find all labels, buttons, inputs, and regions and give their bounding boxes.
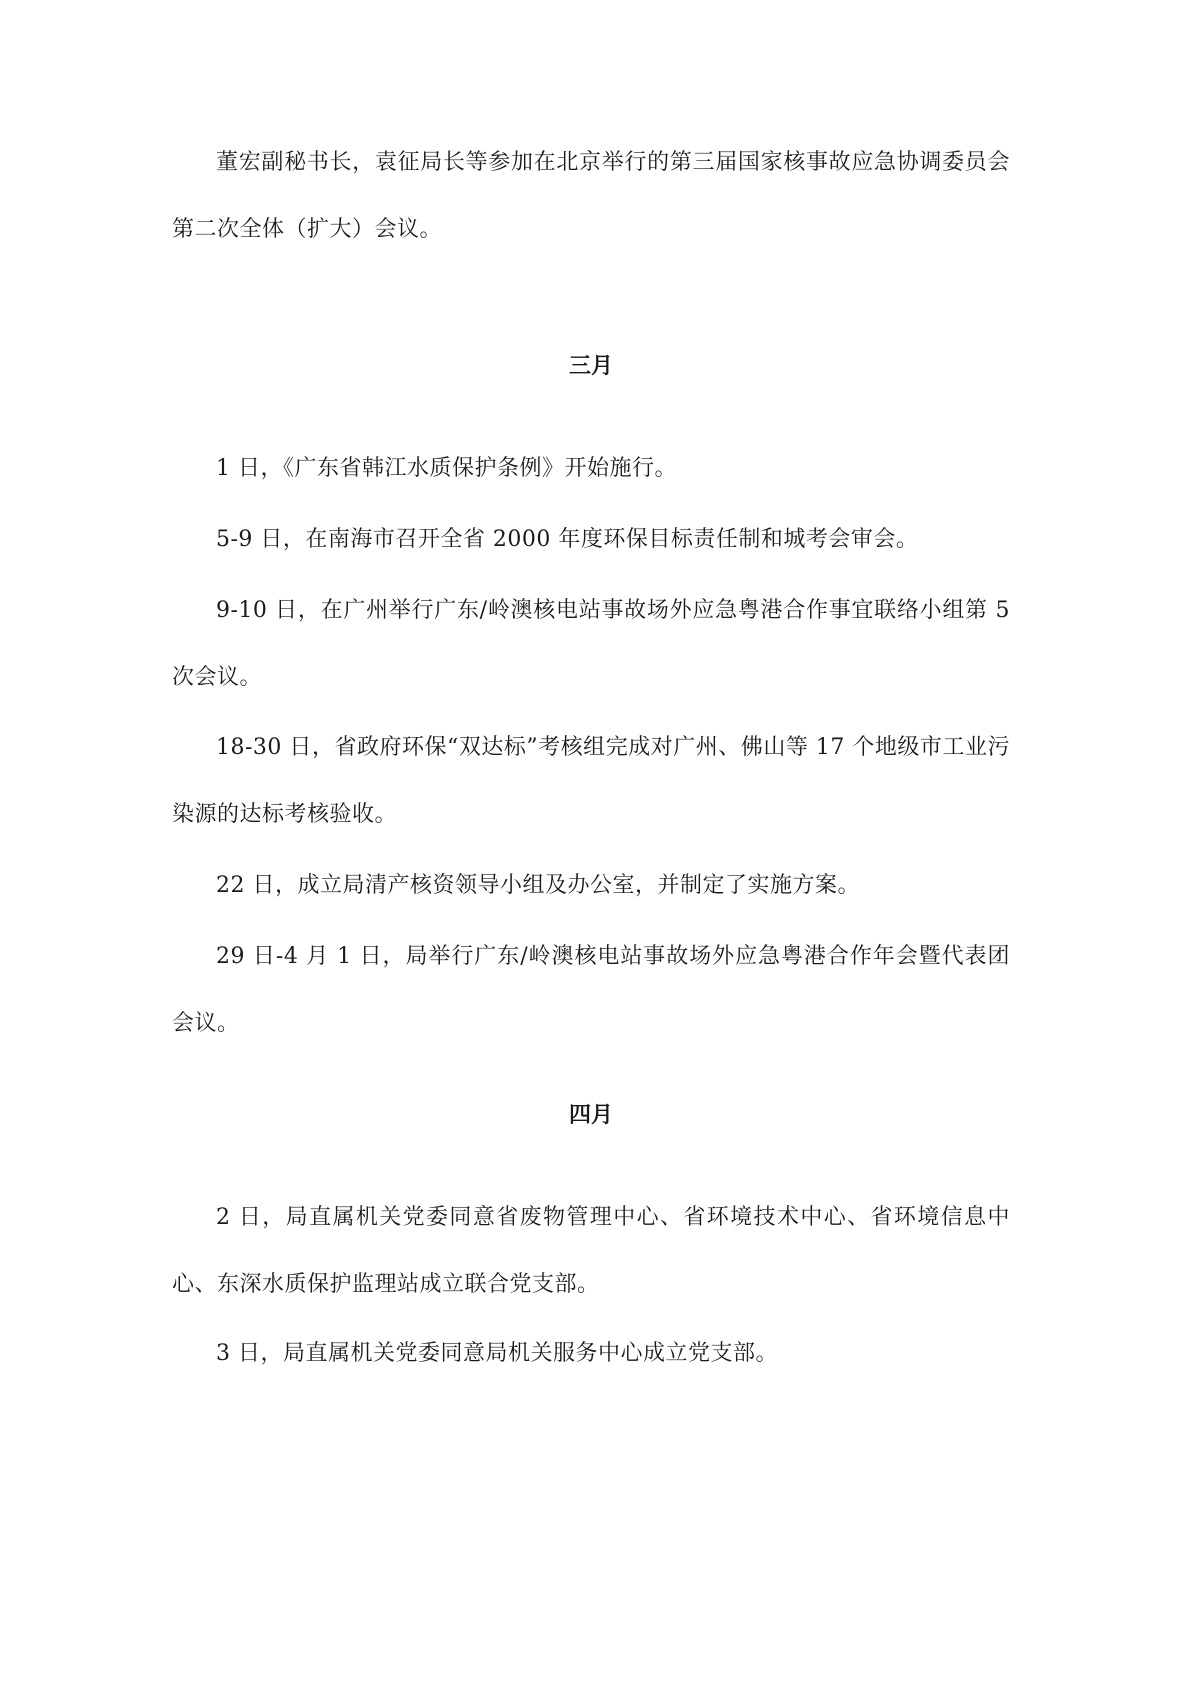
april-entry-1: 2 日，局直属机关党委同意省废物管理中心、省环境技术中心、省环境信息中心、东深水… bbox=[172, 1184, 1010, 1318]
section-heading-april: 四月 bbox=[172, 1100, 1010, 1130]
march-entry-4: 18-30 日，省政府环保“双达标”考核组完成对广州、佛山等 17 个地级市工业… bbox=[172, 714, 1010, 848]
section-heading-march: 三月 bbox=[172, 351, 1010, 381]
march-entry-2: 5-9 日，在南海市召开全省 2000 年度环保目标责任制和城考会审会。 bbox=[172, 506, 1010, 573]
march-entry-5: 22 日，成立局清产核资领导小组及办公室，并制定了实施方案。 bbox=[172, 852, 1010, 919]
march-entry-1: 1 日，《广东省韩江水质保护条例》开始施行。 bbox=[172, 435, 1010, 502]
march-entry-3: 9-10 日，在广州举行广东/岭澳核电站事故场外应急粤港合作事宜联络小组第 5 … bbox=[172, 577, 1010, 711]
march-entry-6: 29 日-4 月 1 日，局举行广东/岭澳核电站事故场外应急粤港合作年会暨代表团… bbox=[172, 923, 1010, 1057]
april-entry-2: 3 日，局直属机关党委同意局机关服务中心成立党支部。 bbox=[172, 1320, 1010, 1387]
intro-paragraph: 董宏副秘书长，袁征局长等参加在北京举行的第三届国家核事故应急协调委员会第二次全体… bbox=[172, 129, 1010, 263]
